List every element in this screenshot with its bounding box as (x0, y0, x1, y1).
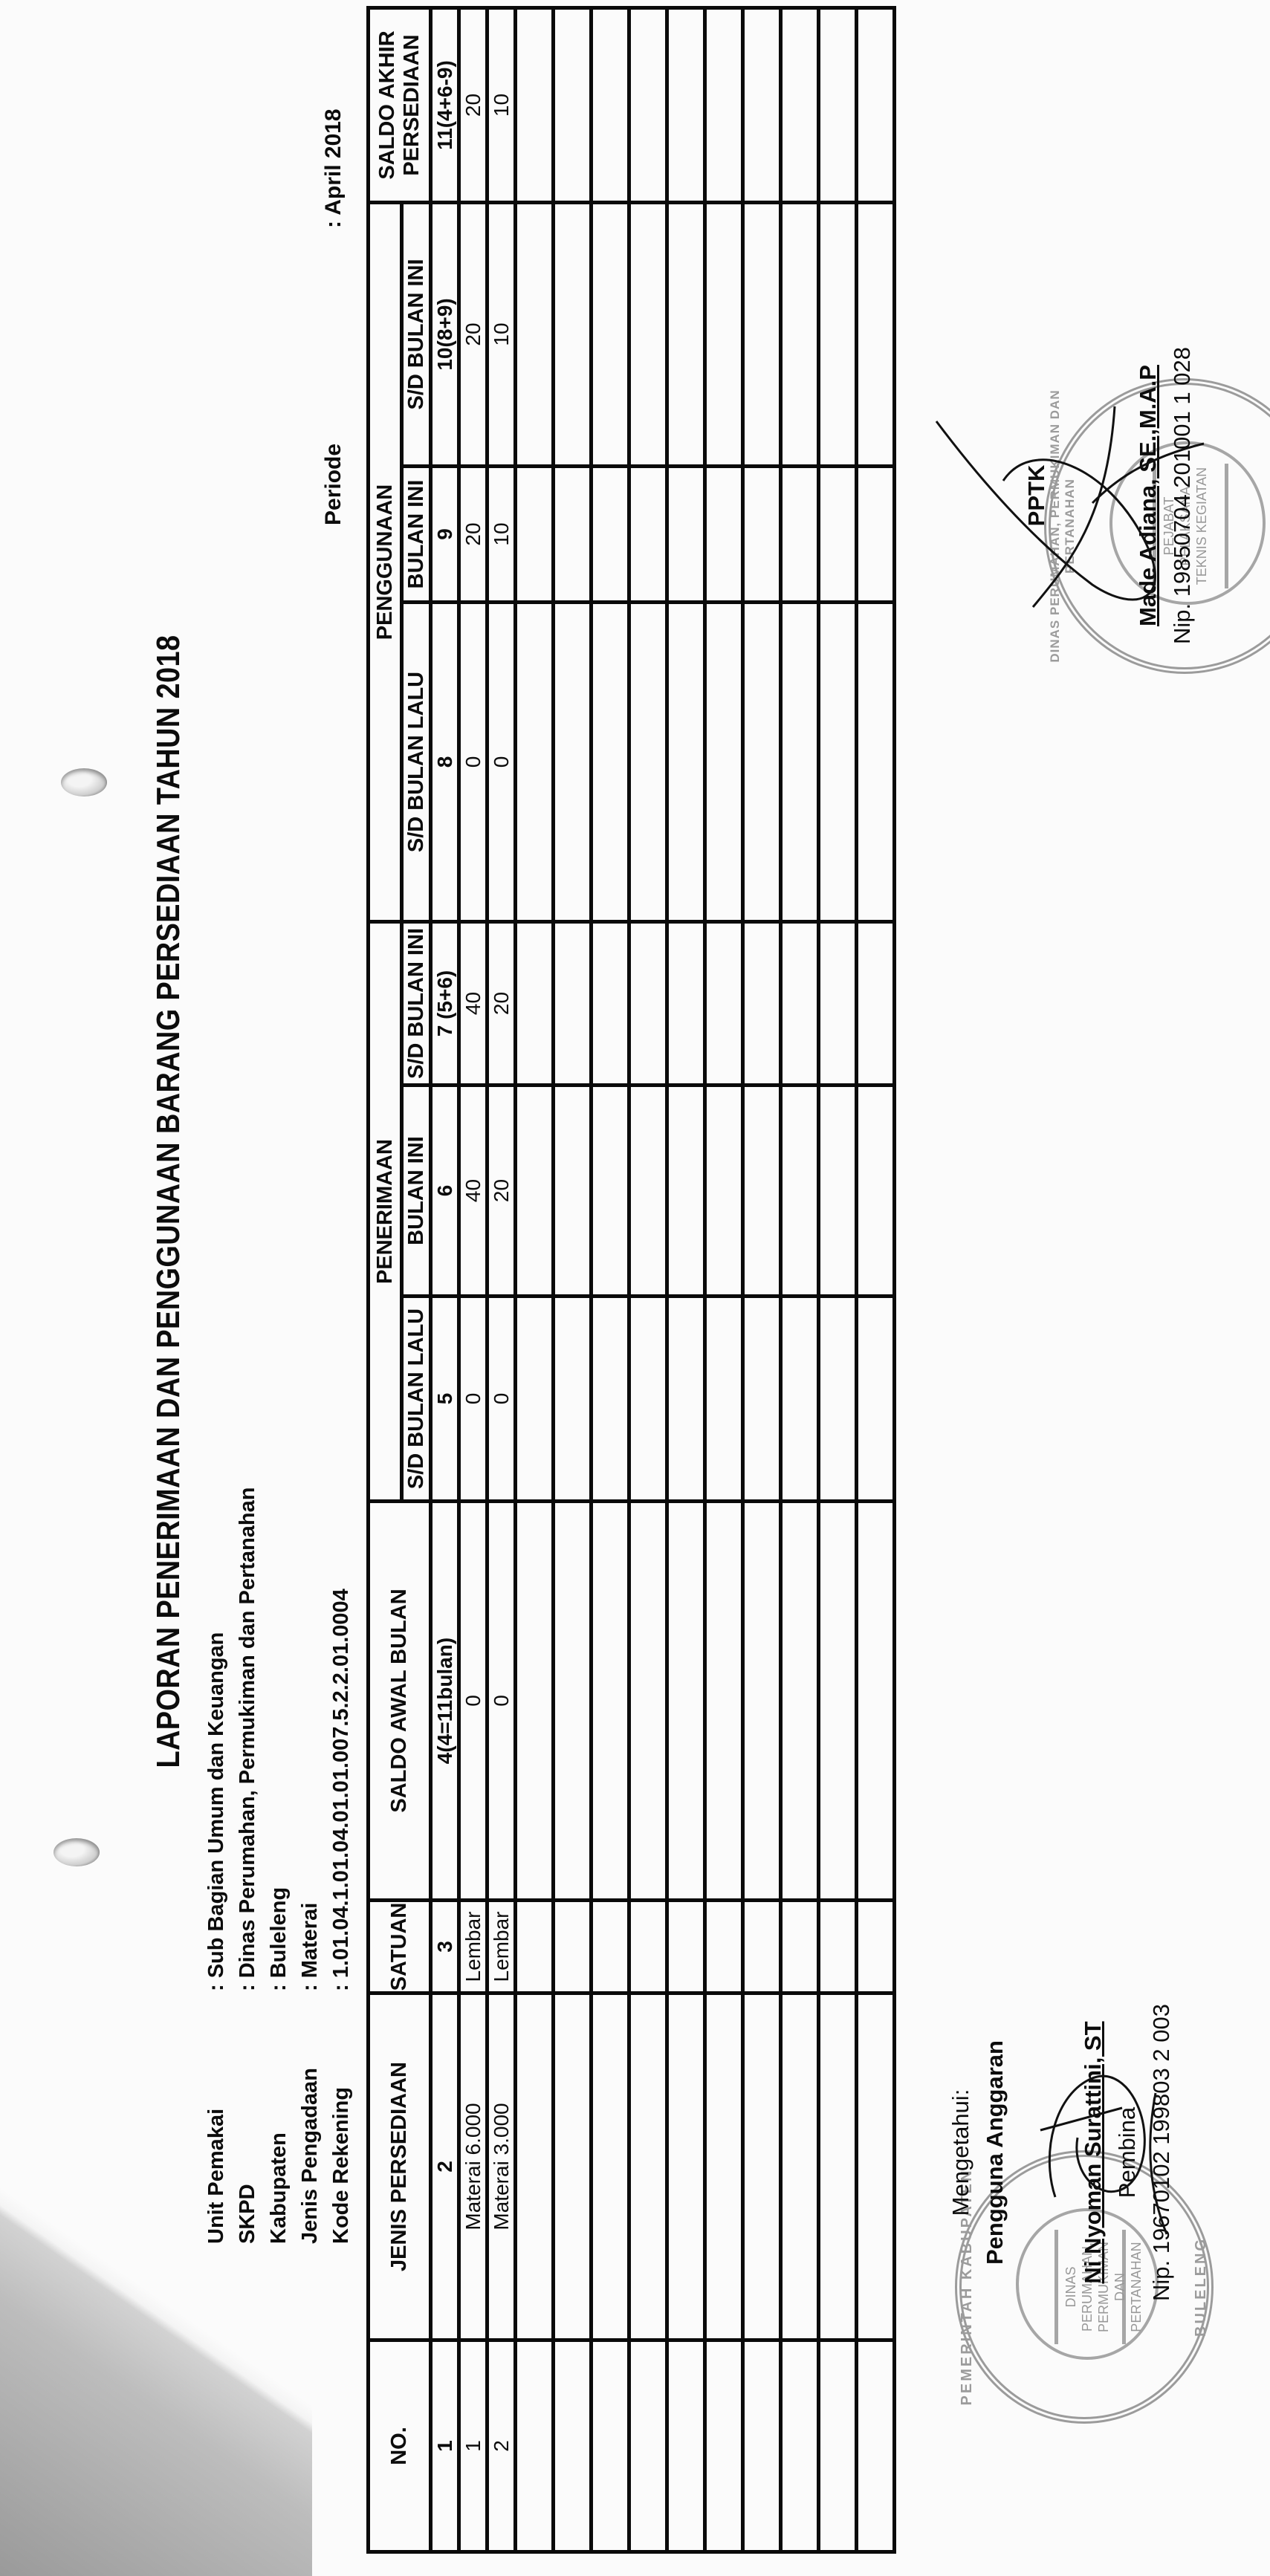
empty-cell (705, 922, 743, 1086)
column-number: 2 (431, 1993, 459, 2340)
info-row-jenis-pengadaan: Jenis Pengadaan : Materai (294, 1487, 325, 2244)
cell-satuan: Lembar (487, 1901, 516, 1993)
empty-cell (667, 202, 705, 466)
cell-pen-sd-ini: 40 (459, 922, 487, 1086)
info-row-kabupaten: Kabupaten : Buleleng (263, 1487, 294, 2244)
info-value: : 1.01.04.1.01.04.01.01.007.5.2.2.01.000… (329, 1589, 354, 1991)
info-label: Unit Pemakai (204, 1991, 229, 2244)
table-row-empty (592, 7, 629, 2551)
header-pen-bulan-ini: BULAN INI (402, 1086, 431, 1297)
empty-cell (781, 202, 819, 466)
empty-cell (629, 202, 667, 466)
cell-no: 2 (487, 2340, 516, 2552)
empty-cell (819, 202, 857, 466)
empty-cell (516, 7, 554, 202)
cell-peng-bulan-ini: 10 (487, 467, 516, 603)
cell-jenis: Materai 6.000 (459, 1993, 487, 2340)
empty-cell (667, 2340, 705, 2552)
column-number: 3 (431, 1901, 459, 1993)
table-row-empty (667, 7, 705, 2551)
empty-cell (705, 1901, 743, 1993)
info-label: Kabupaten (267, 1991, 291, 2244)
empty-cell (743, 1297, 781, 1502)
empty-cell (592, 202, 629, 466)
empty-cell (857, 2340, 895, 2552)
empty-cell (819, 922, 857, 1086)
empty-cell (781, 1086, 819, 1297)
header-satuan: SATUAN (369, 1901, 431, 1993)
empty-cell (705, 467, 743, 603)
handwritten-signature-right (921, 392, 1234, 629)
header-saldo-akhir: SALDO AKHIR PERSEDIAAN (369, 7, 431, 202)
empty-cell (857, 1502, 895, 1901)
empty-cell (554, 922, 592, 1086)
empty-cell (857, 603, 895, 922)
empty-cell (554, 1297, 592, 1502)
empty-cell (667, 1901, 705, 1993)
empty-cell (554, 2340, 592, 2552)
empty-cell (629, 1901, 667, 1993)
header-peng-sd-bulan-ini: S/D BULAN INI (402, 202, 431, 466)
empty-cell (743, 922, 781, 1086)
info-value: : Buleleng (267, 1887, 291, 1991)
empty-cell (592, 7, 629, 202)
empty-cell (554, 1502, 592, 1901)
empty-cell (629, 1993, 667, 2340)
empty-cell (743, 1086, 781, 1297)
empty-cell (781, 2340, 819, 2552)
empty-cell (819, 467, 857, 603)
empty-cell (554, 1993, 592, 2340)
empty-cell (629, 467, 667, 603)
empty-cell (667, 603, 705, 922)
header-saldo-awal: SALDO AWAL BULAN (369, 1502, 431, 1901)
info-row-kode-rekening: Kode Rekening : 1.01.04.1.01.04.01.01.00… (325, 1487, 357, 2244)
empty-cell (743, 7, 781, 202)
scanned-document-page: LAPORAN PENERIMAAN DAN PENGGUNAAN BARANG… (0, 0, 1270, 2576)
report-title: LAPORAN PENERIMAAN DAN PENGGUNAAN BARANG… (150, 594, 187, 1808)
empty-cell (857, 1086, 895, 1297)
header-peng-sd-bulan-lalu: S/D BULAN LALU (402, 603, 431, 922)
cell-peng-sd-ini: 20 (459, 202, 487, 466)
empty-cell (554, 1901, 592, 1993)
cell-pen-sd-lalu: 0 (459, 1297, 487, 1502)
cell-saldo-akhir: 20 (459, 7, 487, 202)
column-number: 5 (431, 1297, 459, 1502)
empty-cell (629, 7, 667, 202)
cell-peng-sd-ini: 10 (487, 202, 516, 466)
empty-cell (554, 1086, 592, 1297)
empty-cell (743, 1993, 781, 2340)
empty-cell (781, 1993, 819, 2340)
cell-satuan: Lembar (459, 1901, 487, 1993)
column-number: 4(4=11bulan) (431, 1502, 459, 1901)
empty-cell (705, 603, 743, 922)
empty-cell (629, 1297, 667, 1502)
empty-cell (592, 467, 629, 603)
empty-cell (592, 1502, 629, 1901)
empty-cell (743, 1901, 781, 1993)
header-peng-bulan-ini: BULAN INI (402, 467, 431, 603)
empty-cell (516, 467, 554, 603)
empty-cell (781, 603, 819, 922)
empty-cell (592, 1086, 629, 1297)
table-row: 2 Materai 3.000 Lembar 0 0 20 20 0 10 10… (487, 7, 516, 2551)
empty-cell (516, 202, 554, 466)
table-row-empty (629, 7, 667, 2551)
empty-cell (592, 603, 629, 922)
empty-cell (705, 1086, 743, 1297)
empty-cell (516, 603, 554, 922)
empty-cell (857, 467, 895, 603)
cell-peng-sd-lalu: 0 (459, 603, 487, 922)
empty-cell (857, 1901, 895, 1993)
header-saldo-akhir-line1: SALDO AKHIR (375, 10, 400, 201)
empty-cell (592, 1297, 629, 1502)
empty-cell (743, 1502, 781, 1901)
punch-hole-icon (61, 768, 107, 797)
info-label: Jenis Pengadaan (298, 1991, 323, 2244)
info-row-unit-pemakai: Unit Pemakai : Sub Bagian Umum dan Keuan… (201, 1487, 232, 2244)
column-number-row: 1 2 3 4(4=11bulan) 5 6 7 (5+6) 8 9 10(8+… (431, 7, 459, 2551)
header-no: NO. (369, 2340, 431, 2552)
cell-pen-sd-lalu: 0 (487, 1297, 516, 1502)
info-value: : Sub Bagian Umum dan Keuangan (204, 1632, 229, 1991)
empty-cell (819, 1502, 857, 1901)
cell-jenis: Materai 3.000 (487, 1993, 516, 2340)
empty-cell (516, 1502, 554, 1901)
empty-cell (667, 1086, 705, 1297)
empty-cell (592, 2340, 629, 2552)
cell-peng-bulan-ini: 20 (459, 467, 487, 603)
empty-cell (819, 7, 857, 202)
empty-cell (705, 1297, 743, 1502)
empty-cell (781, 7, 819, 202)
empty-cell (516, 1086, 554, 1297)
column-number: 11(4+6-9) (431, 7, 459, 202)
empty-cell (629, 603, 667, 922)
empty-cell (705, 1502, 743, 1901)
cell-peng-sd-lalu: 0 (487, 603, 516, 922)
column-number: 6 (431, 1086, 459, 1297)
punch-hole-icon (54, 1838, 100, 1866)
empty-cell (781, 1502, 819, 1901)
empty-cell (667, 1993, 705, 2340)
cell-saldo-awal: 0 (459, 1502, 487, 1901)
table-row-empty (554, 7, 592, 2551)
column-number: 10(8+9) (431, 202, 459, 466)
empty-cell (781, 1297, 819, 1502)
info-value: : Materai (298, 1903, 323, 1991)
empty-cell (554, 467, 592, 603)
empty-cell (857, 922, 895, 1086)
table-row-empty (516, 7, 554, 2551)
handwritten-signature-left (1026, 2048, 1219, 2242)
empty-cell (629, 1086, 667, 1297)
empty-cell (781, 1901, 819, 1993)
periode: Periode : April 2018 (321, 108, 346, 525)
empty-cell (743, 2340, 781, 2552)
header-pen-sd-bulan-lalu: S/D BULAN LALU (402, 1297, 431, 1502)
cell-pen-sd-ini: 20 (487, 922, 516, 1086)
table-row-empty (857, 7, 895, 2551)
empty-cell (781, 467, 819, 603)
empty-cell (592, 922, 629, 1086)
empty-cell (516, 1297, 554, 1502)
column-number: 7 (5+6) (431, 922, 459, 1086)
info-row-skpd: SKPD : Dinas Perumahan, Permukiman dan P… (232, 1487, 263, 2244)
empty-cell (629, 2340, 667, 2552)
empty-cell (705, 7, 743, 202)
empty-cell (819, 1297, 857, 1502)
empty-cell (667, 467, 705, 603)
empty-cell (592, 1901, 629, 1993)
cell-no: 1 (459, 2340, 487, 2552)
periode-label: Periode (321, 228, 346, 525)
empty-cell (819, 1993, 857, 2340)
table-row: 1 Materai 6.000 Lembar 0 0 40 40 0 20 20… (459, 7, 487, 2551)
empty-cell (819, 1086, 857, 1297)
empty-cell (629, 1502, 667, 1901)
empty-cell (781, 922, 819, 1086)
table-row-empty (819, 7, 857, 2551)
header-penerimaan: PENERIMAAN (369, 922, 402, 1502)
empty-cell (554, 7, 592, 202)
cell-pen-bulan-ini: 20 (487, 1086, 516, 1297)
empty-cell (516, 922, 554, 1086)
empty-cell (705, 1993, 743, 2340)
empty-cell (819, 2340, 857, 2552)
empty-cell (629, 922, 667, 1086)
empty-cell (819, 603, 857, 922)
info-label: SKPD (236, 1991, 260, 2244)
empty-cell (743, 467, 781, 603)
empty-cell (667, 1502, 705, 1901)
column-number: 1 (431, 2340, 459, 2552)
column-number: 8 (431, 603, 459, 922)
empty-cell (667, 7, 705, 202)
report-info: Unit Pemakai : Sub Bagian Umum dan Keuan… (201, 1487, 357, 2244)
signature-role: Pengguna Anggaran (978, 1974, 1012, 2331)
table-row-empty (781, 7, 819, 2551)
empty-cell (667, 922, 705, 1086)
empty-cell (743, 202, 781, 466)
empty-cell (743, 603, 781, 922)
inventory-table: NO. JENIS PERSEDIAAN SATUAN SALDO AWAL B… (366, 6, 896, 2554)
empty-cell (516, 2340, 554, 2552)
cell-saldo-akhir: 10 (487, 7, 516, 202)
empty-cell (857, 7, 895, 202)
empty-cell (592, 1993, 629, 2340)
header-jenis-persediaan: JENIS PERSEDIAAN (369, 1993, 431, 2340)
column-number: 9 (431, 467, 459, 603)
empty-cell (554, 202, 592, 466)
empty-cell (857, 1297, 895, 1502)
empty-cell (516, 1993, 554, 2340)
cell-saldo-awal: 0 (487, 1502, 516, 1901)
table-row-empty (705, 7, 743, 2551)
empty-cell (705, 2340, 743, 2552)
periode-value: : April 2018 (321, 108, 346, 228)
empty-cell (819, 1901, 857, 1993)
empty-cell (667, 1297, 705, 1502)
empty-cell (554, 603, 592, 922)
header-penggunaan: PENGGUNAAN (369, 202, 402, 921)
header-pen-sd-bulan-ini: S/D BULAN INI (402, 922, 431, 1086)
empty-cell (705, 202, 743, 466)
info-value: : Dinas Perumahan, Permukiman dan Pertan… (236, 1487, 260, 1991)
empty-cell (857, 202, 895, 466)
header-saldo-akhir-line2: PERSEDIAAN (400, 10, 424, 201)
cell-pen-bulan-ini: 40 (459, 1086, 487, 1297)
empty-cell (516, 1901, 554, 1993)
table-row-empty (743, 7, 781, 2551)
signature-intro: Mengetahui: (944, 1974, 978, 2331)
info-label: Kode Rekening (329, 1991, 354, 2244)
empty-cell (857, 1993, 895, 2340)
